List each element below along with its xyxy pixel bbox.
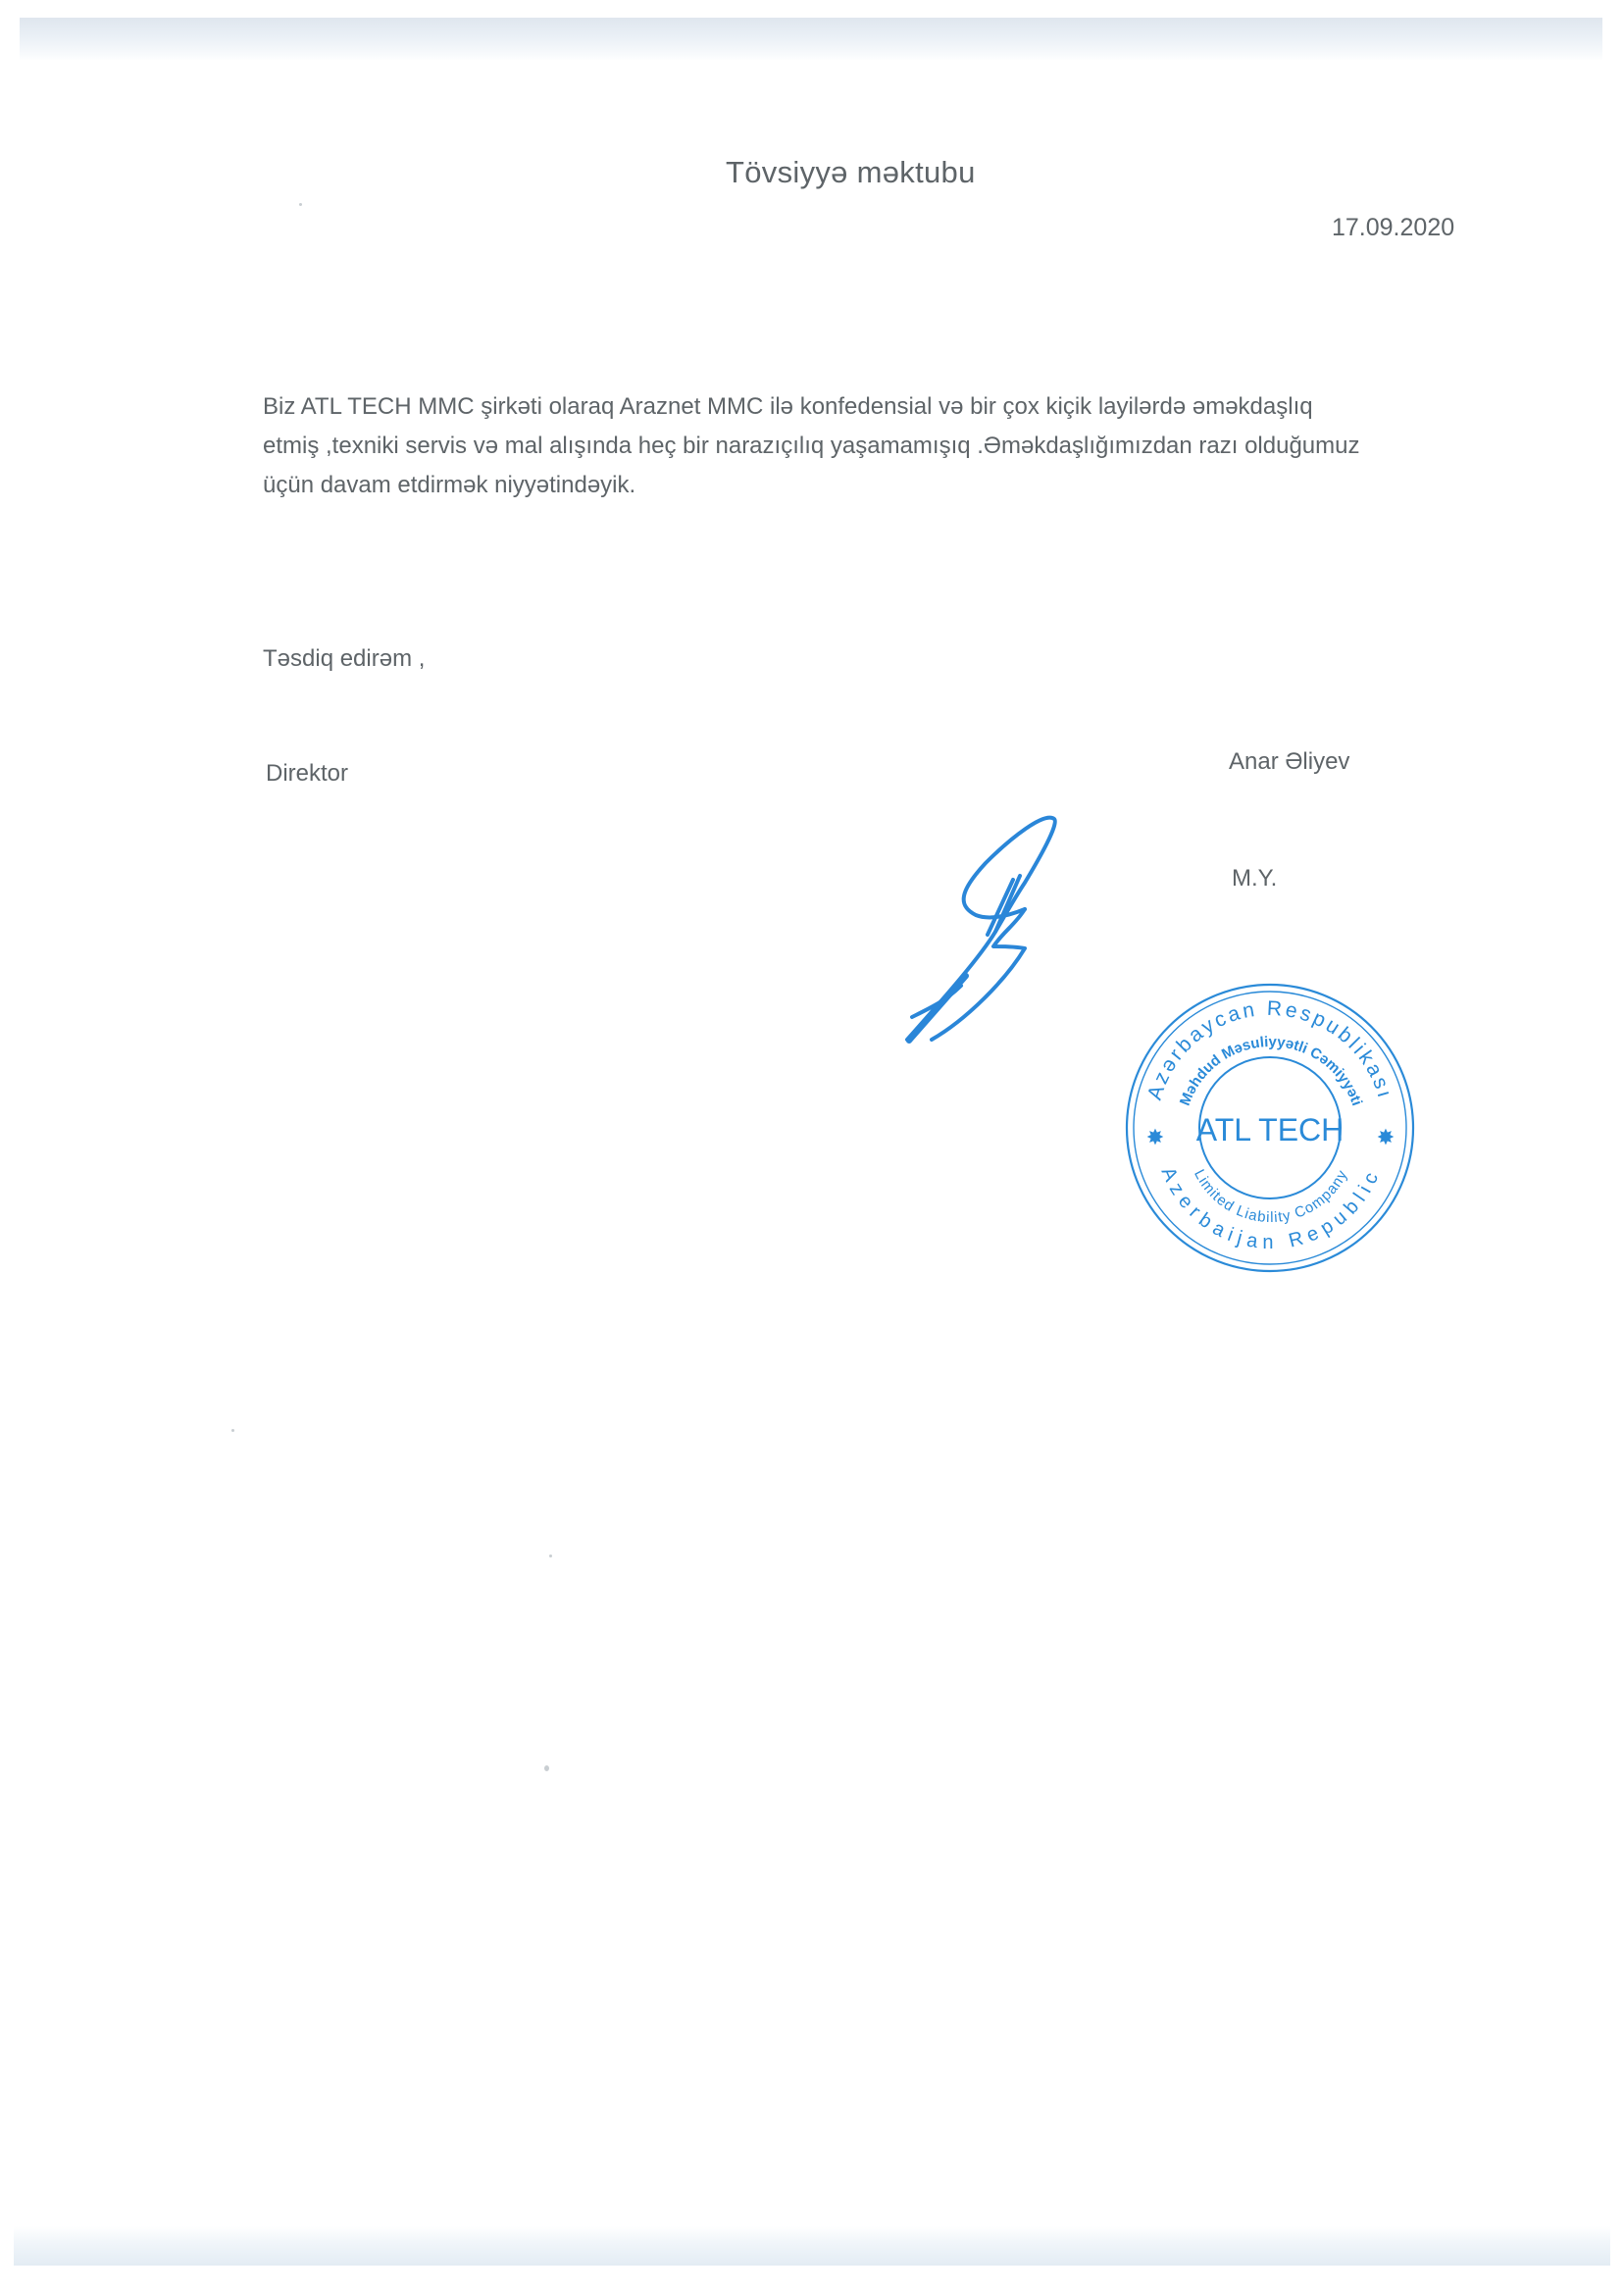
signatory-position: Direktor xyxy=(266,760,348,788)
letter-body: Biz ATL TECH MMC şirkəti olaraq Araznet … xyxy=(263,387,1479,505)
svg-text:Azerbaijan Republic: Azerbaijan Republic xyxy=(1157,1164,1386,1253)
company-stamp: Azərbaycan Respublikası Məhdud Məsuliyyə… xyxy=(1118,976,1422,1280)
letter-body-line: etmiş ,texniki servis və mal alışında he… xyxy=(263,427,1479,466)
document-title: Tövsiyyə məktubu xyxy=(726,155,976,190)
scan-speck xyxy=(544,1765,549,1771)
stamp-outer-bottom-text: Azerbaijan Republic xyxy=(1157,1164,1386,1253)
handwritten-signature xyxy=(888,799,1098,1054)
scan-speck xyxy=(299,203,302,206)
scan-speck xyxy=(231,1429,234,1432)
scan-edge-top xyxy=(20,18,1602,61)
stamp-center-text: ATL TECH xyxy=(1196,1112,1345,1147)
scan-edge-bottom xyxy=(14,2226,1610,2266)
stamp-star-left-icon: ✸ xyxy=(1146,1125,1164,1149)
svg-text:Məhdud Məsuliyyətli Cəmiyyəti: Məhdud Məsuliyyətli Cəmiyyəti xyxy=(1177,1034,1365,1108)
signatory-name: Anar Əliyev xyxy=(1229,748,1349,776)
document-date: 17.09.2020 xyxy=(1332,214,1454,242)
letter-body-line: Biz ATL TECH MMC şirkəti olaraq Araznet … xyxy=(263,387,1479,427)
seal-label: M.Y. xyxy=(1232,865,1277,892)
approval-text: Təsdiq edirəm , xyxy=(263,645,425,673)
stamp-inner-top-text: Məhdud Məsuliyyətli Cəmiyyəti xyxy=(1177,1034,1365,1108)
letter-body-line: üçün davam etdirmək niyyətindəyik. xyxy=(263,466,1479,505)
stamp-star-right-icon: ✸ xyxy=(1377,1125,1395,1149)
scan-speck xyxy=(549,1555,552,1557)
